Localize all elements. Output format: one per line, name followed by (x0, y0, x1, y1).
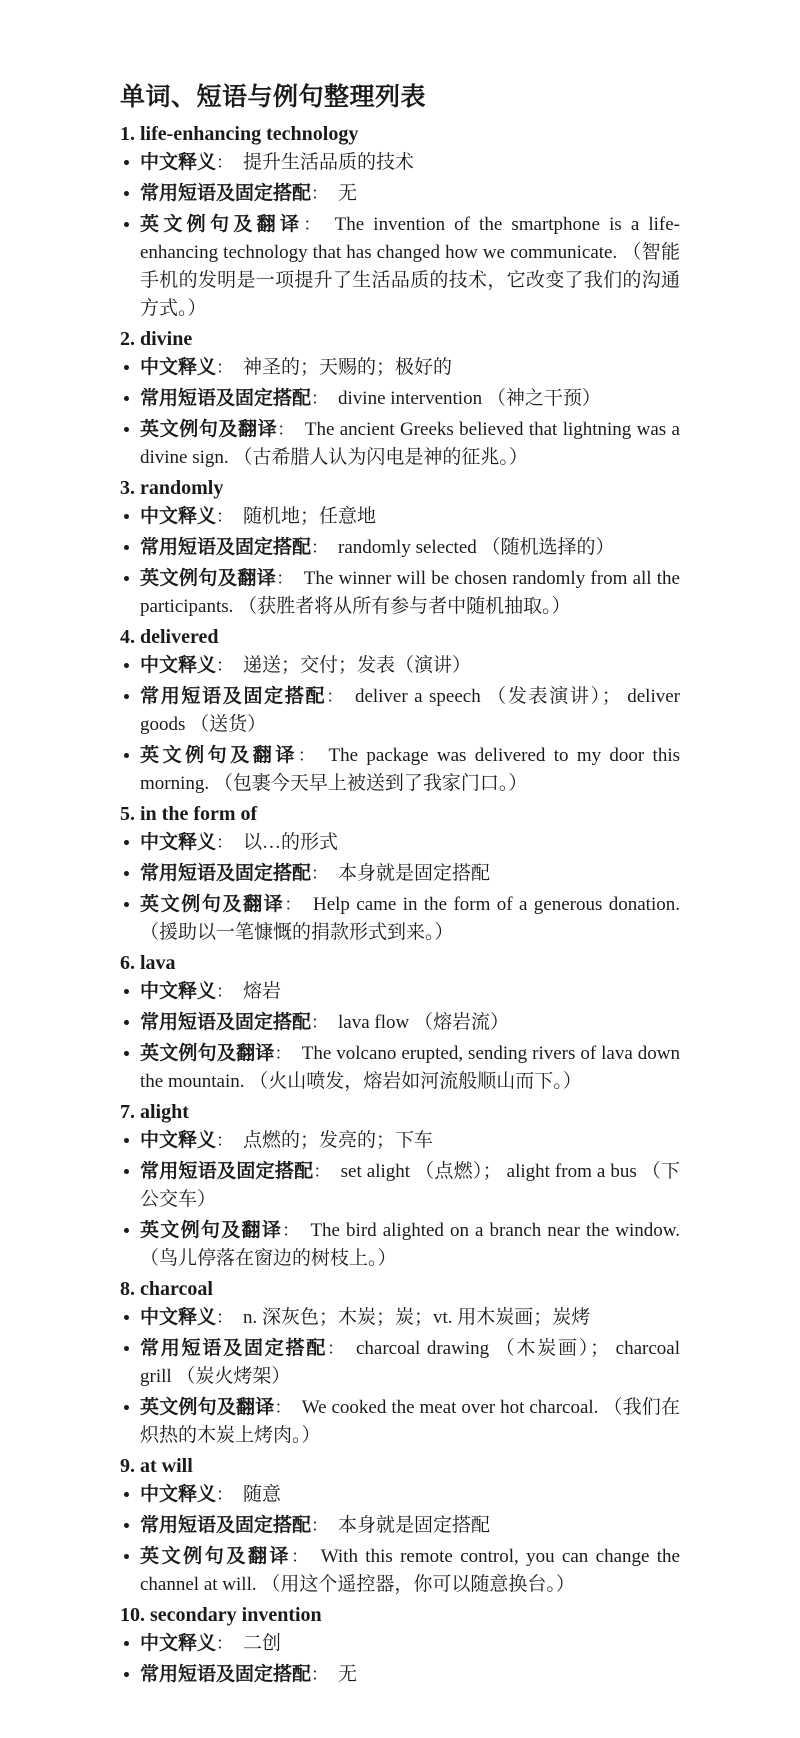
phrases-label: 常用短语及固定搭配 (140, 1011, 311, 1033)
bullet-icon (124, 840, 129, 845)
colon: ： (298, 746, 319, 766)
meaning-item: 中文释义：随机地；任意地 (120, 502, 680, 531)
vocab-entry: 6. lava 中文释义：熔岩 常用短语及固定搭配：lava flow （熔岩流… (120, 949, 680, 1096)
colon: ： (303, 215, 324, 235)
example-item: 英文例句及翻译：The invention of the smartphone … (120, 210, 680, 323)
entry-heading: 6. lava (120, 949, 680, 977)
entry-heading: 7. alight (120, 1098, 680, 1126)
vocab-entry: 3. randomly 中文释义：随机地；任意地 常用短语及固定搭配：rando… (120, 474, 680, 621)
bullet-icon (124, 160, 129, 165)
example-item: 英文例句及翻译：The ancient Greeks believed that… (120, 415, 680, 472)
meaning-item: 中文释义：随意 (120, 1480, 680, 1509)
phrases-label: 常用短语及固定搭配 (140, 685, 326, 707)
phrases-label: 常用短语及固定搭配 (140, 1663, 311, 1685)
bullet-icon (124, 222, 129, 227)
phrases-item: 常用短语及固定搭配：set alight （点燃）； alight from a… (120, 1157, 680, 1214)
phrases-label: 常用短语及固定搭配 (140, 1160, 313, 1182)
colon: ： (275, 1044, 292, 1064)
phrases-value: lava flow （熔岩流） (338, 1012, 509, 1033)
example-item: 英文例句及翻译：The package was delivered to my … (120, 741, 680, 798)
colon: ： (311, 538, 328, 558)
vocab-entry: 1. life-enhancing technology 中文释义：提升生活品质… (120, 120, 680, 323)
entry-heading: 8. charcoal (120, 1275, 680, 1303)
phrases-value: 无 (338, 1664, 357, 1685)
example-label: 英文例句及翻译 (140, 1219, 282, 1241)
meaning-item: 中文释义：点燃的；发亮的；下车 (120, 1126, 680, 1155)
bullet-icon (124, 1051, 129, 1056)
bullet-icon (124, 396, 129, 401)
meaning-item: 中文释义：n. 深灰色；木炭；炭；vt. 用木炭画；炭烤 (120, 1303, 680, 1332)
meaning-label: 中文释义 (140, 1129, 216, 1151)
bullet-icon (124, 427, 129, 432)
meaning-label: 中文释义 (140, 1306, 216, 1328)
meaning-item: 中文释义：递送；交付；发表（演讲） (120, 651, 680, 680)
phrases-label: 常用短语及固定搭配 (140, 182, 311, 204)
bullet-icon (124, 1020, 129, 1025)
vocab-entry: 4. delivered 中文释义：递送；交付；发表（演讲） 常用短语及固定搭配… (120, 623, 680, 798)
colon: ： (216, 1485, 233, 1505)
phrases-item: 常用短语及固定搭配：deliver a speech （发表演讲）； deliv… (120, 682, 680, 739)
entry-heading: 5. in the form of (120, 800, 680, 828)
meaning-label: 中文释义 (140, 831, 216, 853)
colon: ： (311, 1013, 328, 1033)
colon: ： (327, 1339, 346, 1359)
meaning-label: 中文释义 (140, 654, 216, 676)
phrases-label: 常用短语及固定搭配 (140, 862, 311, 884)
meaning-label: 中文释义 (140, 505, 216, 527)
entry-heading: 3. randomly (120, 474, 680, 502)
colon: ： (277, 420, 295, 440)
bullet-icon (124, 514, 129, 519)
meaning-value: 提升生活品质的技术 (243, 152, 414, 173)
vocab-entry: 8. charcoal 中文释义：n. 深灰色；木炭；炭；vt. 用木炭画；炭烤… (120, 1275, 680, 1450)
meaning-item: 中文释义：熔岩 (120, 977, 680, 1006)
meaning-value: n. 深灰色；木炭；炭；vt. 用木炭画；炭烤 (243, 1307, 590, 1328)
colon: ： (282, 1221, 300, 1241)
meaning-label: 中文释义 (140, 980, 216, 1002)
colon: ： (216, 1634, 233, 1654)
meaning-item: 中文释义：神圣的；天赐的；极好的 (120, 353, 680, 382)
colon: ： (311, 184, 328, 204)
example-item: 英文例句及翻译：We cooked the meat over hot char… (120, 1393, 680, 1450)
example-label: 英文例句及翻译 (140, 567, 276, 589)
bullet-icon (124, 365, 129, 370)
example-label: 英文例句及翻译 (140, 744, 298, 766)
colon: ： (216, 507, 233, 527)
meaning-label: 中文释义 (140, 1483, 216, 1505)
vocab-entry: 7. alight 中文释义：点燃的；发亮的；下车 常用短语及固定搭配：set … (120, 1098, 680, 1273)
bullet-icon (124, 1346, 129, 1351)
colon: ： (216, 656, 233, 676)
meaning-value: 熔岩 (243, 981, 281, 1002)
bullet-icon (124, 545, 129, 550)
phrases-item: 常用短语及固定搭配：本身就是固定搭配 (120, 1511, 680, 1540)
example-item: 英文例句及翻译：The volcano erupted, sending riv… (120, 1039, 680, 1096)
meaning-value: 神圣的；天赐的；极好的 (243, 357, 452, 378)
bullet-icon (124, 1138, 129, 1143)
entry-heading: 2. divine (120, 325, 680, 353)
bullet-icon (124, 1641, 129, 1646)
colon: ： (274, 1398, 291, 1418)
meaning-value: 以…的形式 (243, 832, 338, 853)
bullet-icon (124, 1523, 129, 1528)
colon: ： (216, 358, 233, 378)
phrases-item: 常用短语及固定搭配：本身就是固定搭配 (120, 859, 680, 888)
phrases-label: 常用短语及固定搭配 (140, 387, 311, 409)
phrases-item: 常用短语及固定搭配：无 (120, 1660, 680, 1689)
colon: ： (311, 1665, 328, 1685)
entry-list: 1. life-enhancing technology 中文释义：提升生活品质… (120, 120, 680, 1689)
entry-heading: 9. at will (120, 1452, 680, 1480)
colon: ： (216, 1308, 233, 1328)
example-label: 英文例句及翻译 (140, 1042, 275, 1064)
entry-heading: 10. secondary invention (120, 1601, 680, 1629)
example-item: 英文例句及翻译：Help came in the form of a gener… (120, 890, 680, 947)
colon: ： (216, 1131, 233, 1151)
colon: ： (311, 389, 328, 409)
phrases-item: 常用短语及固定搭配：charcoal drawing （木炭画）； charco… (120, 1334, 680, 1391)
bullet-icon (124, 902, 129, 907)
bullet-icon (124, 694, 129, 699)
phrases-value: 本身就是固定搭配 (338, 1515, 490, 1536)
vocab-entry: 5. in the form of 中文释义：以…的形式 常用短语及固定搭配：本… (120, 800, 680, 947)
colon: ： (326, 687, 345, 707)
phrases-item: 常用短语及固定搭配：lava flow （熔岩流） (120, 1008, 680, 1037)
bullet-icon (124, 191, 129, 196)
meaning-item: 中文释义：二创 (120, 1629, 680, 1658)
colon: ： (216, 153, 233, 173)
phrases-value: 无 (338, 183, 357, 204)
page-title: 单词、短语与例句整理列表 (120, 80, 680, 114)
meaning-label: 中文释义 (140, 1632, 216, 1654)
colon: ： (284, 895, 303, 915)
meaning-value: 点燃的；发亮的；下车 (243, 1130, 433, 1151)
bullet-icon (124, 871, 129, 876)
vocab-entry: 2. divine 中文释义：神圣的；天赐的；极好的 常用短语及固定搭配：div… (120, 325, 680, 472)
phrases-item: 常用短语及固定搭配：divine intervention （神之干预） (120, 384, 680, 413)
bullet-icon (124, 1492, 129, 1497)
colon: ： (311, 864, 328, 884)
bullet-icon (124, 989, 129, 994)
entry-heading: 1. life-enhancing technology (120, 120, 680, 148)
entry-heading: 4. delivered (120, 623, 680, 651)
example-item: 英文例句及翻译：The bird alighted on a branch ne… (120, 1216, 680, 1273)
phrases-value: randomly selected （随机选择的） (338, 537, 615, 558)
phrases-label: 常用短语及固定搭配 (140, 536, 311, 558)
meaning-item: 中文释义：提升生活品质的技术 (120, 148, 680, 177)
meaning-item: 中文释义：以…的形式 (120, 828, 680, 857)
bullet-icon (124, 1554, 129, 1559)
meaning-value: 随意 (243, 1484, 281, 1505)
bullet-icon (124, 1405, 129, 1410)
meaning-value: 二创 (243, 1633, 281, 1654)
meaning-value: 随机地；任意地 (243, 506, 376, 527)
vocab-entry: 10. secondary invention 中文释义：二创 常用短语及固定搭… (120, 1601, 680, 1689)
example-label: 英文例句及翻译 (140, 418, 277, 440)
example-label: 英文例句及翻译 (140, 893, 284, 915)
bullet-icon (124, 1315, 129, 1320)
meaning-value: 递送；交付；发表（演讲） (243, 655, 471, 676)
example-label: 英文例句及翻译 (140, 1396, 274, 1418)
colon: ： (216, 982, 233, 1002)
bullet-icon (124, 1672, 129, 1677)
colon: ： (216, 833, 233, 853)
bullet-icon (124, 1228, 129, 1233)
document-page: 单词、短语与例句整理列表 1. life-enhancing technolog… (120, 80, 680, 1691)
phrases-item: 常用短语及固定搭配：无 (120, 179, 680, 208)
vocab-entry: 9. at will 中文释义：随意 常用短语及固定搭配：本身就是固定搭配 英文… (120, 1452, 680, 1599)
bullet-icon (124, 753, 129, 758)
phrases-label: 常用短语及固定搭配 (140, 1337, 327, 1359)
phrases-value: divine intervention （神之干预） (338, 388, 601, 409)
bullet-icon (124, 663, 129, 668)
bullet-icon (124, 576, 129, 581)
bullet-icon (124, 1169, 129, 1174)
colon: ： (311, 1516, 328, 1536)
phrases-item: 常用短语及固定搭配：randomly selected （随机选择的） (120, 533, 680, 562)
meaning-label: 中文释义 (140, 356, 216, 378)
example-item: 英文例句及翻译：The winner will be chosen random… (120, 564, 680, 621)
phrases-value: 本身就是固定搭配 (338, 863, 490, 884)
example-label: 英文例句及翻译 (140, 1545, 291, 1567)
example-item: 英文例句及翻译：With this remote control, you ca… (120, 1542, 680, 1599)
meaning-label: 中文释义 (140, 151, 216, 173)
colon: ： (276, 569, 293, 589)
colon: ： (291, 1547, 311, 1567)
colon: ： (313, 1162, 330, 1182)
example-label: 英文例句及翻译 (140, 213, 303, 235)
phrases-label: 常用短语及固定搭配 (140, 1514, 311, 1536)
